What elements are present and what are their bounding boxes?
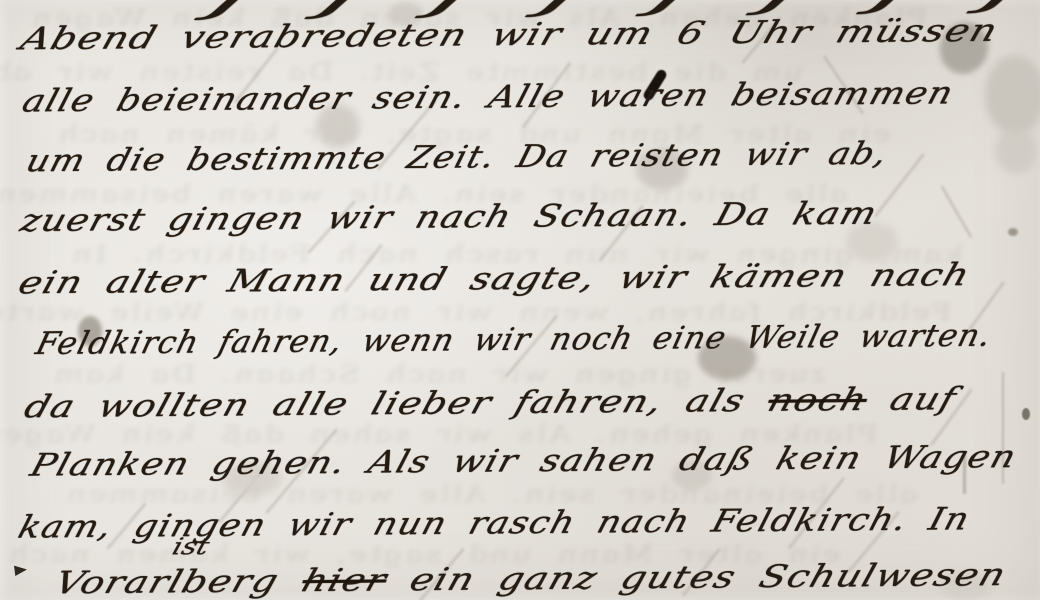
handwriting-text: zuerst gingen wir nach Schaan. Da kam xyxy=(16,196,882,240)
showthrough-hatch xyxy=(940,185,972,238)
handwriting-text: Abend verabredeten wir um 6 Uhr müssen xyxy=(16,13,1003,58)
handwriting-line-3: um die bestimmte Zeit. Da reisten wir ab… xyxy=(22,137,783,180)
handwriting-text: da wollten alle lieber fahren, als xyxy=(20,383,774,426)
ink-speck xyxy=(1008,228,1018,236)
handwriting-line-6: Feldkirch fahren, wenn wir noch eine Wei… xyxy=(32,318,961,362)
handwriting-line-1: Abend verabredeten wir um 6 Uhr müssen xyxy=(16,15,780,58)
handwriting-text: ein ganz gutes Schulwesen xyxy=(381,557,1011,599)
handwriting-line-10: Vorarlberg hier ein ganz gutes Schulwese… xyxy=(50,559,815,600)
handwriting-text: Planken gehen. Als wir sahen daß kein Wa… xyxy=(26,439,1021,484)
handwriting-line-5: ein alter Mann und sagte, wir kämen nach xyxy=(14,259,785,302)
inserted-word: ist xyxy=(169,534,212,560)
handwriting-text: alle beieinander sein. Alle waren beisam… xyxy=(18,75,958,119)
handwriting-line-8: Planken gehen. Als wir sahen daß kein Wa… xyxy=(26,440,858,483)
handwriting-line-9: kam, gingen wir nun rasch nach Feldkirch… xyxy=(14,502,839,545)
handwriting-text: auf xyxy=(861,381,961,418)
handwriting-text: kam, gingen wir nun rasch nach Feldkirch… xyxy=(14,501,974,545)
handwriting-line-2: alle beieinander sein. Alle waren beisam… xyxy=(18,77,812,120)
stain xyxy=(995,128,1037,174)
handwriting-text: um die bestimmte Zeit. Da reisten wir ab… xyxy=(22,136,892,180)
ink-speck xyxy=(1022,408,1030,420)
struck-word: noch xyxy=(763,382,872,419)
manuscript-page: Planken gehen. Als wir sahen daß kein Wa… xyxy=(0,0,1040,600)
handwriting-text: Vorarlberg hier ein ganz gutes Schulwese… xyxy=(50,557,1011,600)
stain xyxy=(985,55,1040,135)
handwriting-text: Vorarlberg xyxy=(50,563,308,600)
handwriting-text: Feldkirch fahren, wenn wir noch eine Wei… xyxy=(32,318,995,362)
handwriting-text: ein alter Mann und sagte, wir kämen nach xyxy=(14,257,975,301)
handwriting-line-4: zuerst gingen wir nach Schaan. Da kam xyxy=(16,197,735,239)
ink-blot xyxy=(14,563,27,576)
handwriting-text: da wollten alle lieber fahren, als noch … xyxy=(20,381,961,425)
handwriting-line-7: da wollten alle lieber fahren, als noch … xyxy=(20,383,780,426)
struck-word: hier xyxy=(297,562,391,599)
